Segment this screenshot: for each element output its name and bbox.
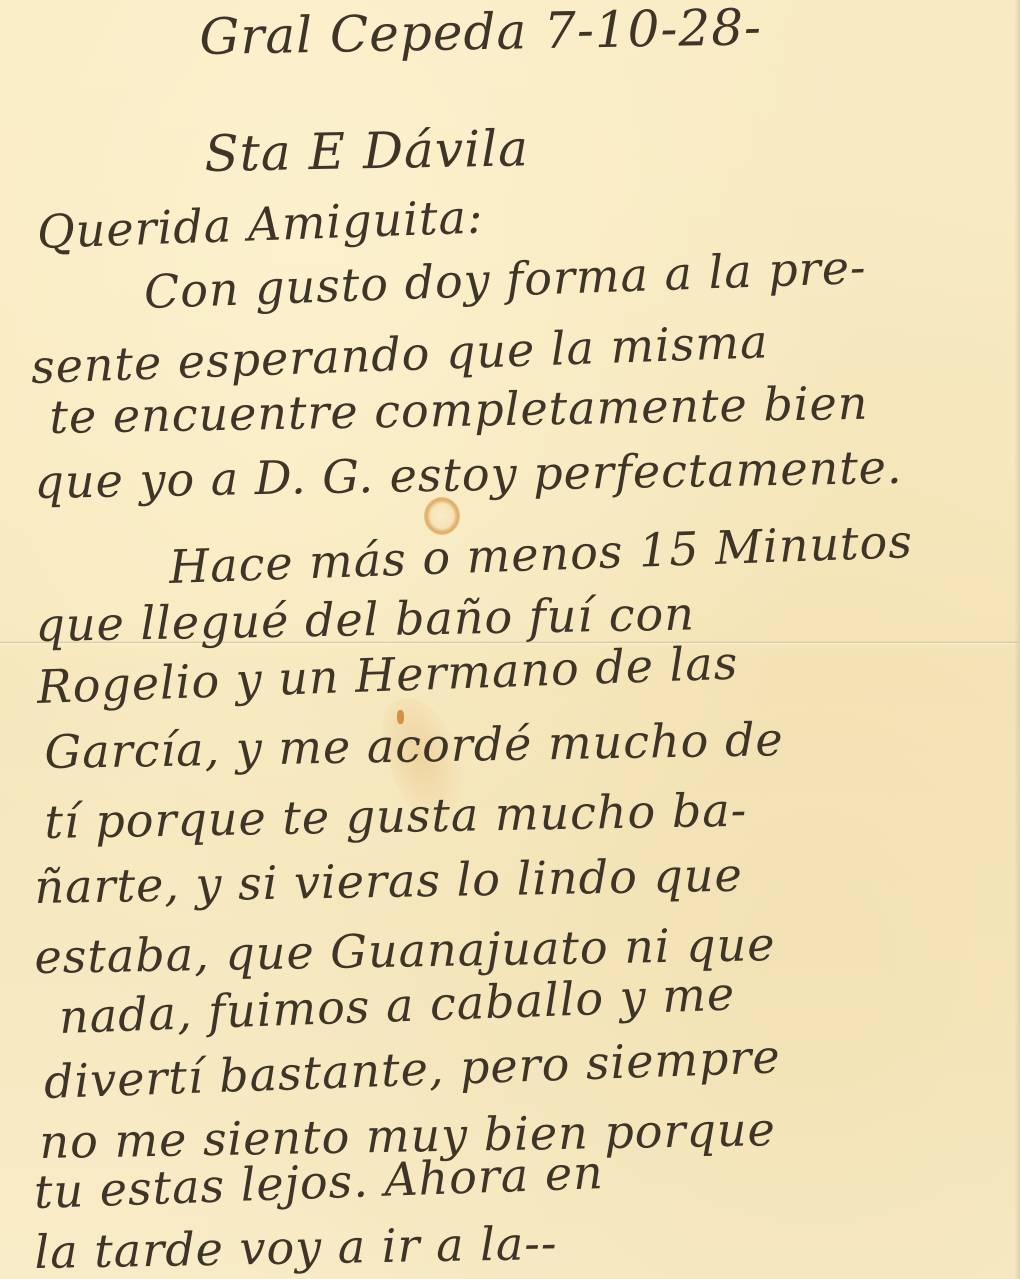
- letter-text: Gral Cepeda 7-10-28- Sta E Dávila Querid…: [0, 0, 1020, 1279]
- letter-line-16: la tarde voy a ir a la--: [34, 1216, 558, 1279]
- letter-line-10: ñarte, y si vieras lo lindo que: [34, 848, 743, 914]
- letter-line-8: García, y me acordé mucho de: [44, 712, 784, 779]
- letter-line-13: divertí bastante, pero siempre: [43, 1029, 781, 1109]
- recipient-line: Sta E Dávila: [204, 119, 529, 183]
- letter-line-4: que yo a D. G. estoy perfectamente.: [34, 440, 903, 509]
- letter-line-1: Con gusto doy forma a la pre-: [143, 240, 867, 319]
- letter-paper: Gral Cepeda 7-10-28- Sta E Dávila Querid…: [0, 0, 1020, 1279]
- letter-line-5: Hace más o menos 15 Minutos: [168, 514, 914, 594]
- letter-line-9: tí porque te gusta mucho ba-: [44, 783, 748, 849]
- place-and-date: Gral Cepeda 7-10-28-: [199, 0, 762, 66]
- salutation: Querida Amiguita:: [36, 189, 484, 259]
